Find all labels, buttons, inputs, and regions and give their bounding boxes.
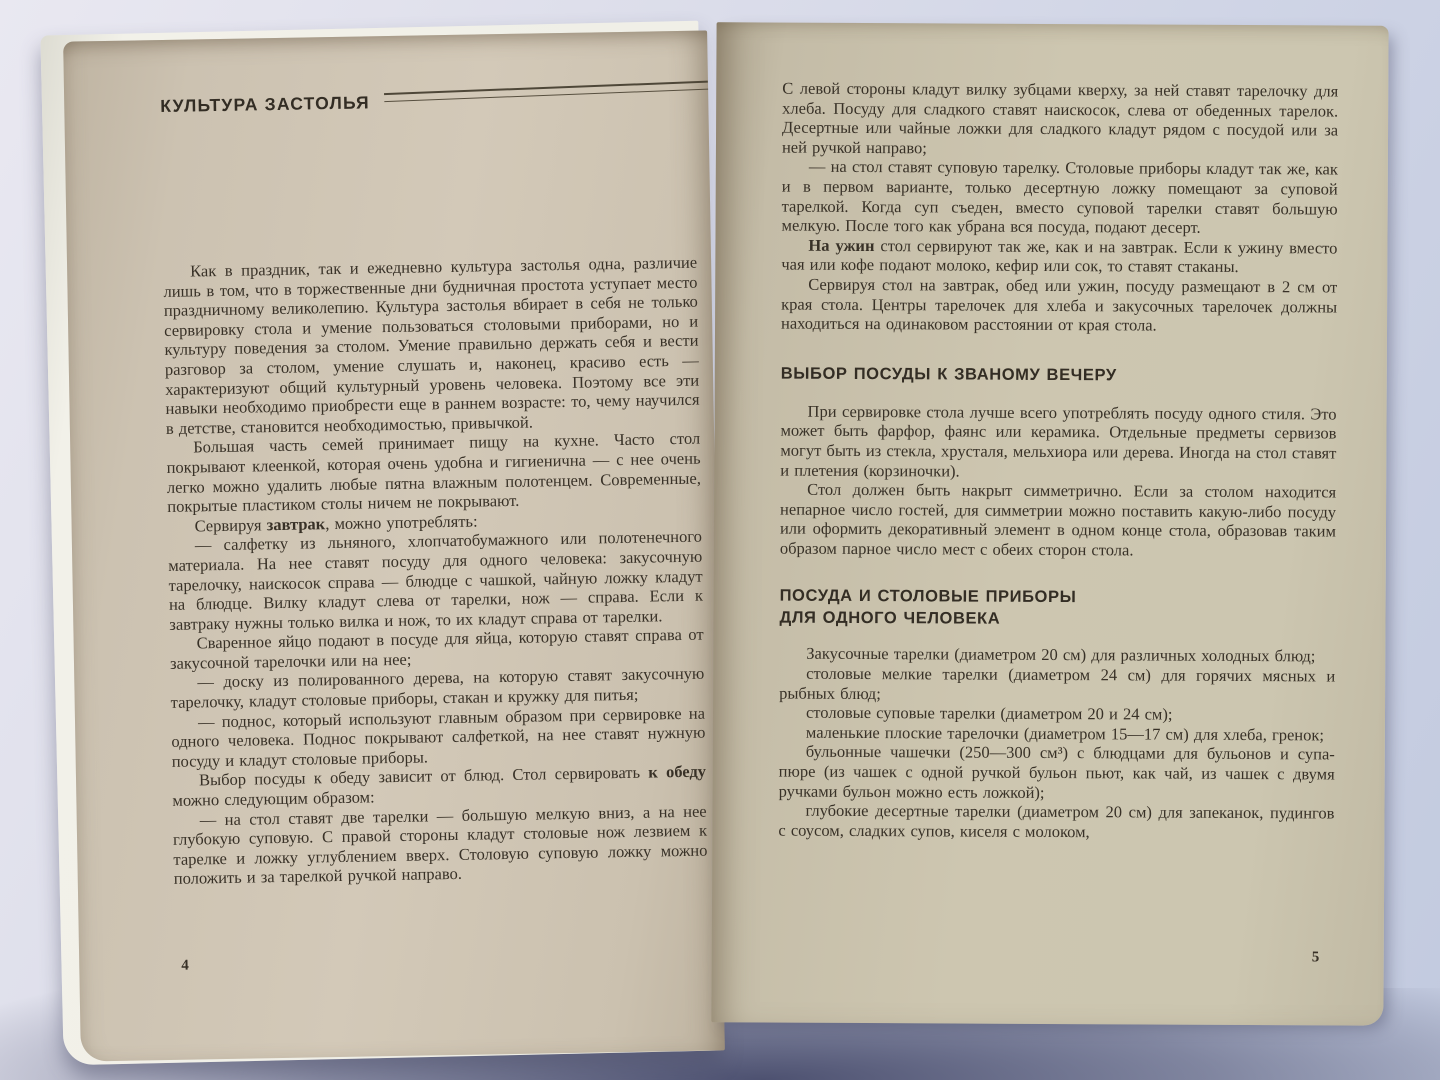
paragraph: Стол должен быть накрыт симметрично. Есл… bbox=[780, 480, 1336, 561]
paragraph: — на стол ставят две тарелки — большую м… bbox=[173, 801, 708, 889]
paragraph-text: столовые суповые тарелки (диаметром 20 и… bbox=[806, 703, 1173, 724]
paragraph-text: маленькие плоские тарелочки (диаметром 1… bbox=[806, 723, 1324, 745]
page-number-left: 4 bbox=[181, 958, 189, 975]
header-rule bbox=[384, 81, 708, 102]
paragraph-text: При сервировке стола лучше всего употреб… bbox=[780, 401, 1336, 480]
section-heading-tableware-line2: ДЛЯ ОДНОГО ЧЕЛОВЕКА bbox=[779, 607, 1335, 632]
paragraph-text: столовые мелкие тарелки (диаметром 24 см… bbox=[779, 664, 1335, 703]
paragraph: Как в праздник, так и ежедневно культура… bbox=[163, 253, 700, 439]
paragraph-text: Сервируя стол на завтрак, обед или ужин,… bbox=[781, 275, 1337, 335]
paragraph: Сервируя стол на завтрак, обед или ужин,… bbox=[781, 275, 1337, 337]
paragraph-text: — на стол ставят две тарелки — большую м… bbox=[173, 801, 708, 888]
paragraph-text: Большая часть семей принимает пищу на ку… bbox=[166, 429, 701, 516]
paragraph-bold-text: На ужин bbox=[808, 235, 874, 254]
paragraph-text: — салфетку из льняного, хлопчатобумажног… bbox=[168, 527, 703, 634]
paragraph: Большая часть семей принимает пищу на ку… bbox=[166, 429, 701, 517]
paragraph-text: , можно употреблять: bbox=[325, 511, 478, 533]
paragraph: С левой стороны кладут вилку зубцами кве… bbox=[782, 79, 1338, 160]
paragraph-text: глубокие десертные тарелки (диаметром 20… bbox=[778, 801, 1334, 841]
left-page-body: Как в праздник, так и ежедневно культура… bbox=[163, 253, 708, 889]
paragraph: — на стол ставят суповую тарелку. Столов… bbox=[782, 157, 1338, 238]
page-number-right: 5 bbox=[1312, 949, 1320, 966]
paragraph-bold-text: завтрак bbox=[266, 514, 325, 534]
right-page-body: С левой стороны кладут вилку зубцами кве… bbox=[778, 79, 1338, 843]
left-page: КУЛЬТУРА ЗАСТОЛЬЯ Как в праздник, так и … bbox=[63, 30, 725, 1061]
list-item: глубокие десертные тарелки (диаметром 20… bbox=[778, 801, 1334, 843]
paragraph: — поднос, который используют главным обр… bbox=[171, 703, 706, 771]
chapter-header: КУЛЬТУРА ЗАСТОЛЬЯ bbox=[160, 86, 708, 117]
paragraph: При сервировке стола лучше всего употреб… bbox=[780, 401, 1336, 482]
paragraph-text: бульонные чашечки (250—300 см³) с блюдца… bbox=[779, 742, 1335, 801]
right-page: С левой стороны кладут вилку зубцами кве… bbox=[711, 22, 1388, 1026]
list-item: столовые мелкие тарелки (диаметром 24 см… bbox=[779, 664, 1335, 706]
section1-block: При сервировке стола лучше всего употреб… bbox=[780, 401, 1337, 561]
paragraph-text: Стол должен быть накрыт симметрично. Есл… bbox=[780, 480, 1336, 559]
section-heading-dishes-for-party: ВЫБОР ПОСУДЫ К ЗВАНОМУ ВЕЧЕРУ bbox=[781, 362, 1337, 387]
section-heading-tableware-line1: ПОСУДА И СТОЛОВЫЕ ПРИБОРЫ bbox=[780, 585, 1336, 610]
tableware-list-block: Закусочные тарелки (диаметром 20 см) для… bbox=[778, 644, 1335, 843]
book-photo: КУЛЬТУРА ЗАСТОЛЬЯ Как в праздник, так и … bbox=[0, 0, 1440, 1080]
paragraph-bold-text: к обеду bbox=[648, 762, 706, 782]
paragraph-text: С левой стороны кладут вилку зубцами кве… bbox=[782, 79, 1338, 158]
paragraph-text: Закусочные тарелки (диаметром 20 см) для… bbox=[806, 644, 1315, 666]
paragraph-text: Сервируя bbox=[194, 515, 266, 535]
chapter-title: КУЛЬТУРА ЗАСТОЛЬЯ bbox=[160, 92, 370, 117]
paragraph-text: — поднос, который используют главным обр… bbox=[171, 703, 705, 770]
paragraph-text: — на стол ставят суповую тарелку. Столов… bbox=[782, 157, 1338, 237]
right-page-top-block: С левой стороны кладут вилку зубцами кве… bbox=[781, 79, 1338, 337]
list-item: бульонные чашечки (250—300 см³) с блюдца… bbox=[779, 742, 1335, 804]
paragraph: На ужин стол сервируют так же, как и на … bbox=[781, 235, 1337, 277]
paragraph-text: Как в праздник, так и ежедневно культура… bbox=[163, 253, 699, 438]
paragraph: — салфетку из льняного, хлопчатобумажног… bbox=[168, 527, 704, 634]
